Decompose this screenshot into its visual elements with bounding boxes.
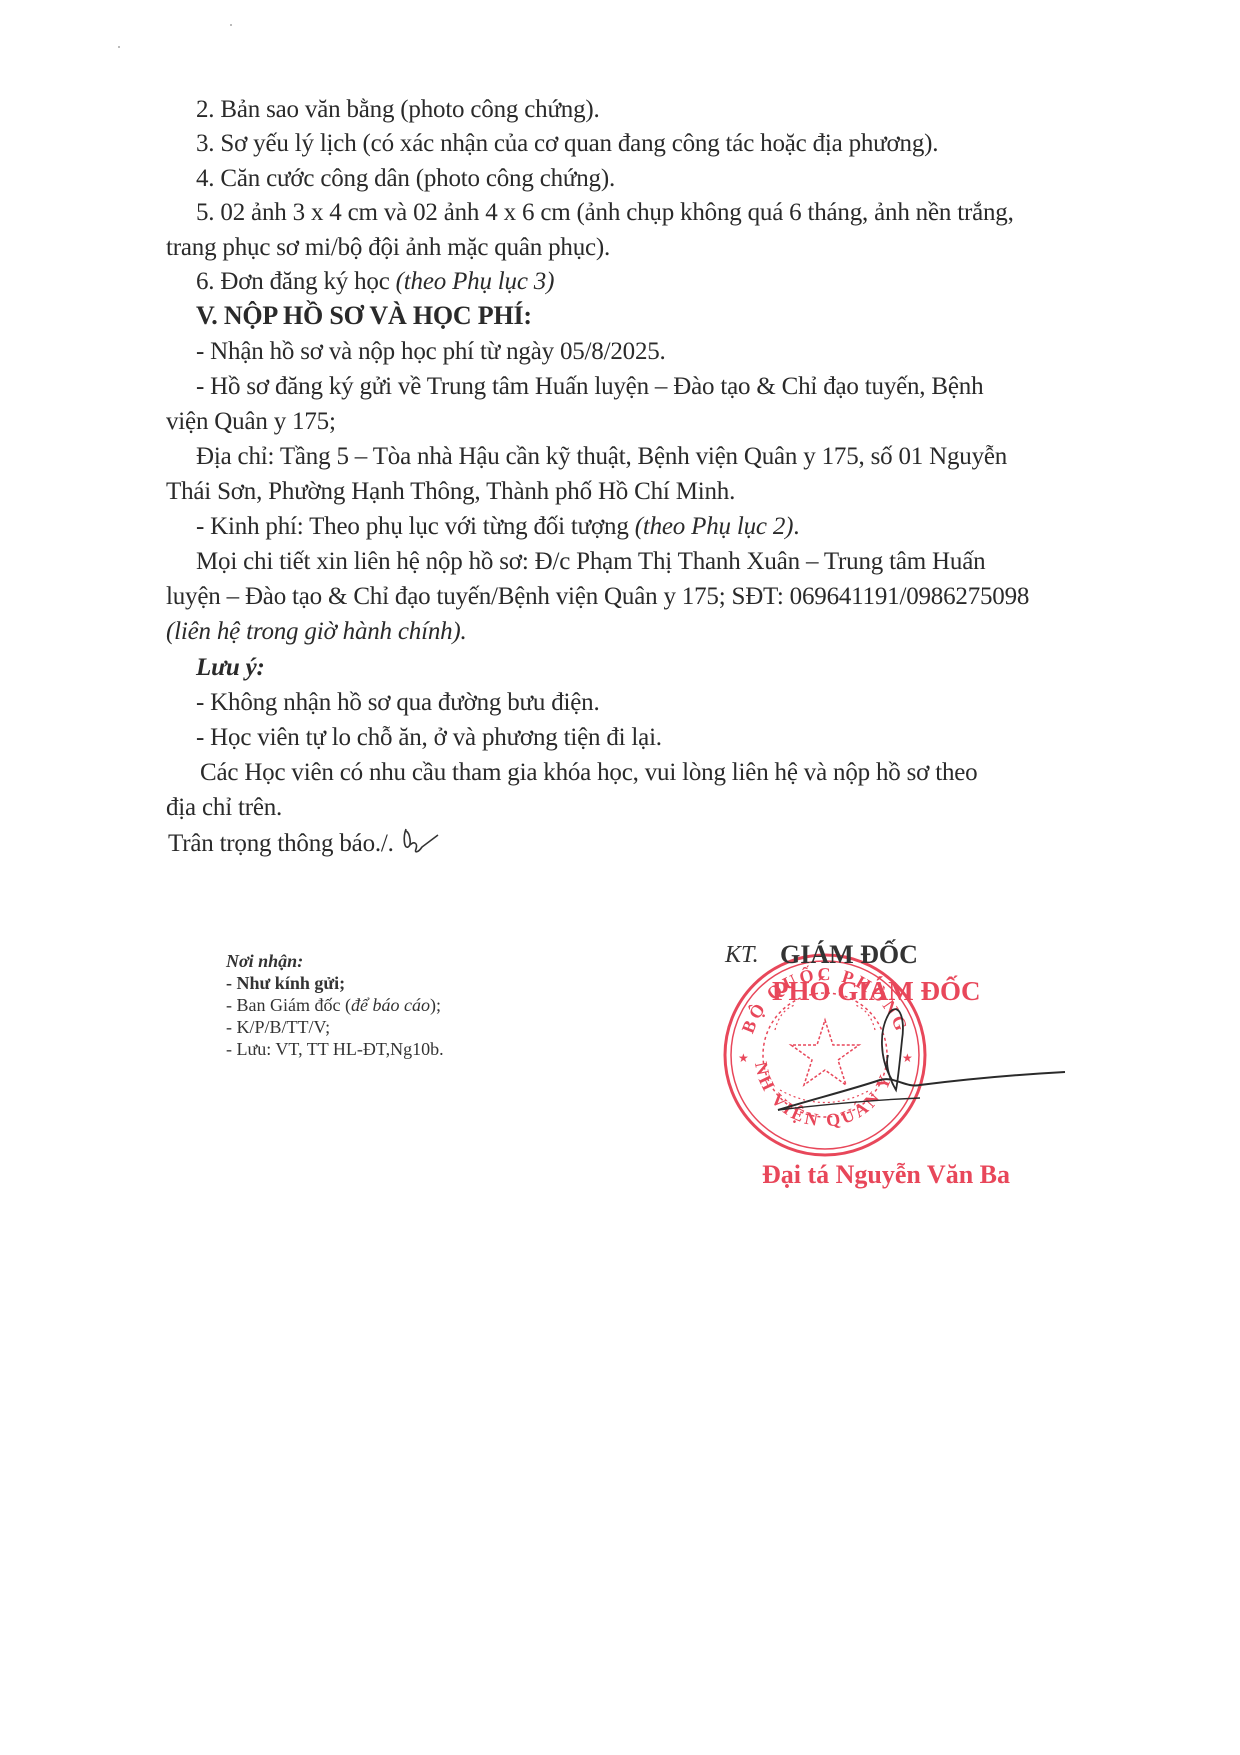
contact-line3: (liên hệ trong giờ hành chính). bbox=[166, 616, 467, 648]
regards-text: Trân trọng thông báo./. bbox=[168, 830, 394, 857]
item-5-line1: 5. 02 ảnh 3 x 4 cm và 02 ảnh 4 x 6 cm (ả… bbox=[196, 197, 1014, 229]
item-6: 6. Đơn đăng ký học (theo Phụ lục 3) bbox=[196, 266, 554, 298]
scan-speck bbox=[230, 24, 232, 26]
signer-name: Đại tá Nguyễn Văn Ba bbox=[762, 1160, 1010, 1190]
item-6-appendix-ref: (theo Phụ lục 3) bbox=[396, 268, 555, 295]
receive-date: - Nhận hồ sơ và nộp học phí từ ngày 05/8… bbox=[196, 336, 666, 368]
scan-speck bbox=[118, 46, 120, 48]
note-title: Lưu ý: bbox=[196, 652, 265, 684]
item-6-text: 6. Đơn đăng ký học bbox=[196, 268, 396, 295]
contact-line1: Mọi chi tiết xin liên hệ nộp hồ sơ: Đ/c … bbox=[196, 546, 985, 578]
submit-line1: - Hồ sơ đăng ký gửi về Trung tâm Huấn lu… bbox=[196, 371, 983, 403]
fee-line: - Kinh phí: Theo phụ lục với từng đối tư… bbox=[196, 511, 799, 543]
initials-icon bbox=[400, 827, 444, 857]
section-v-heading: V. NỘP HỒ SƠ VÀ HỌC PHÍ: bbox=[196, 300, 532, 332]
closing-line2: địa chỉ trên. bbox=[166, 792, 282, 824]
recipient-item: - Như kính gửi; bbox=[226, 972, 444, 994]
closing-regards: Trân trọng thông báo./. bbox=[168, 827, 444, 860]
document-page: 2. Bản sao văn bằng (photo công chứng). … bbox=[0, 0, 1240, 1755]
fee-appendix-ref: (theo Phụ lục 2) bbox=[635, 513, 794, 540]
item-4: 4. Căn cước công dân (photo công chứng). bbox=[196, 163, 615, 195]
submit-line2: viện Quân y 175; bbox=[166, 406, 336, 438]
recipient-note: để báo cáo bbox=[351, 995, 430, 1015]
item-3: 3. Sơ yếu lý lịch (có xác nhận của cơ qu… bbox=[196, 128, 938, 160]
recipient-suffix: ); bbox=[430, 995, 441, 1015]
note-item-2: - Học viên tự lo chỗ ăn, ở và phương tiệ… bbox=[196, 722, 662, 754]
recipient-prefix: - Ban Giám đốc ( bbox=[226, 995, 351, 1015]
fee-end: . bbox=[793, 513, 799, 540]
recipient-item: - K/P/B/TT/V; bbox=[226, 1016, 444, 1038]
item-5-line2: trang phục sơ mi/bộ đội ảnh mặc quân phụ… bbox=[166, 232, 610, 264]
recipient-item: - Ban Giám đốc (để báo cáo); bbox=[226, 994, 444, 1016]
closing-line1: Các Học viên có nhu cầu tham gia khóa họ… bbox=[200, 757, 977, 789]
address-line1: Địa chỉ: Tầng 5 – Tòa nhà Hậu cần kỹ thu… bbox=[196, 441, 1007, 473]
address-line2: Thái Sơn, Phường Hạnh Thông, Thành phố H… bbox=[166, 476, 735, 508]
note-item-1: - Không nhận hồ sơ qua đường bưu điện. bbox=[196, 687, 600, 719]
contact-line2: luyện – Đào tạo & Chỉ đạo tuyến/Bệnh việ… bbox=[166, 581, 1029, 613]
recipients-block: Nơi nhận: - Như kính gửi; - Ban Giám đốc… bbox=[226, 950, 444, 1060]
recipients-title: Nơi nhận: bbox=[226, 950, 444, 972]
recipient-item: - Lưu: VT, TT HL-ĐT,Ng10b. bbox=[226, 1038, 444, 1060]
fee-text: - Kinh phí: Theo phụ lục với từng đối tư… bbox=[196, 513, 635, 540]
item-2: 2. Bản sao văn bằng (photo công chứng). bbox=[196, 94, 600, 126]
